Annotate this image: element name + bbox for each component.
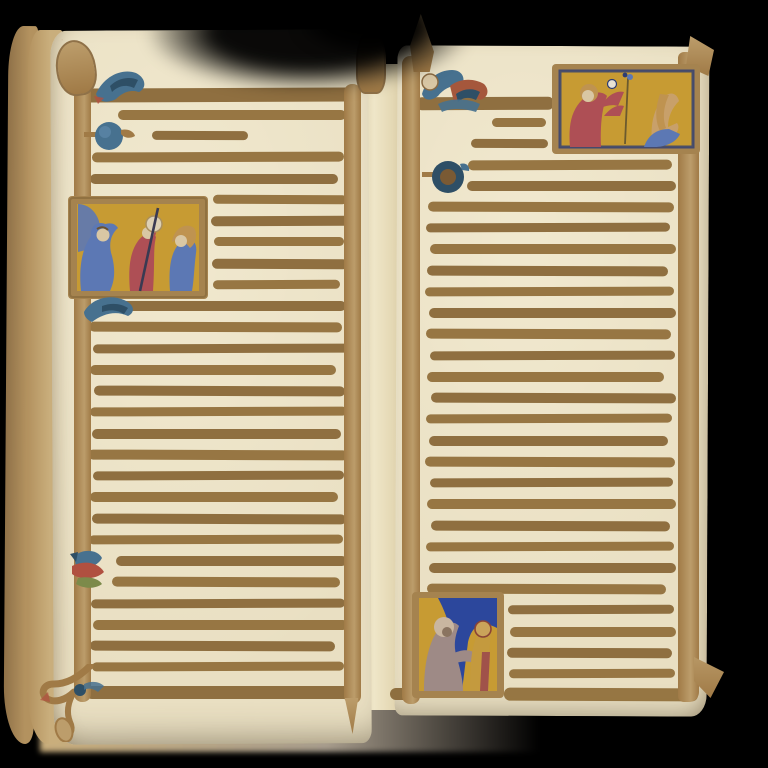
ruled-line	[492, 118, 546, 127]
left-page-left-border	[74, 70, 91, 702]
miniature-two-figures	[552, 64, 700, 154]
ruled-line	[426, 223, 670, 233]
ruled-line	[426, 542, 674, 552]
ruled-line	[467, 181, 676, 191]
red-blue-flower-ornament	[64, 546, 118, 594]
ruled-line	[429, 308, 676, 318]
ruled-line	[91, 599, 345, 609]
ruled-line	[93, 471, 344, 481]
left-page-right-border	[344, 84, 361, 704]
ruled-line	[426, 329, 671, 340]
miniature-monk-scene	[412, 592, 504, 698]
ruled-line	[426, 414, 672, 424]
ruled-line	[510, 627, 676, 637]
ruled-line	[425, 457, 675, 468]
ruled-line	[90, 641, 335, 652]
ruled-line	[504, 688, 698, 702]
ruled-line	[429, 436, 668, 446]
top-shadow-small	[300, 0, 440, 54]
ruled-line	[211, 216, 350, 226]
ruled-line	[90, 174, 338, 184]
ruled-line	[212, 259, 348, 269]
ruled-line	[509, 669, 675, 679]
ruled-line	[90, 365, 336, 375]
ruled-line	[90, 492, 338, 502]
blue-ball-bud-ornament	[84, 116, 136, 156]
ruled-line	[427, 372, 664, 382]
ruled-line	[92, 662, 344, 672]
ruled-line	[214, 237, 344, 246]
ruled-line	[429, 563, 676, 573]
ruled-line	[112, 577, 340, 588]
ruled-line	[93, 344, 349, 354]
teal-bud-ornament	[422, 154, 470, 200]
ruled-line	[88, 450, 348, 461]
ruled-line	[118, 110, 346, 120]
ruled-line	[430, 244, 676, 254]
ruled-line	[471, 139, 548, 148]
manuscript-photo	[0, 0, 768, 768]
ruled-line	[430, 478, 673, 488]
ruled-line	[89, 535, 343, 545]
blue-bird-sprig-ornament	[92, 64, 150, 108]
blue-corner-leaf-ornament	[82, 294, 138, 326]
ruled-line	[94, 386, 345, 397]
ruled-line	[92, 514, 346, 525]
ruled-line	[428, 202, 674, 213]
miniature-three-figures	[68, 196, 208, 299]
ruled-line	[431, 521, 670, 532]
ruled-line	[430, 351, 675, 361]
ruled-line	[90, 407, 347, 417]
vine-flourish-ornament	[38, 664, 128, 742]
ruled-line	[213, 195, 347, 204]
ruled-line	[92, 429, 341, 439]
ruled-line	[213, 280, 340, 289]
ruled-line	[425, 287, 674, 297]
ruled-line	[427, 499, 676, 509]
ruled-line	[427, 266, 668, 277]
ruled-line	[152, 131, 248, 140]
ruled-line	[116, 556, 347, 566]
ruled-line	[431, 393, 676, 404]
ruled-line	[468, 160, 672, 171]
ruled-line	[508, 605, 674, 615]
ruled-line	[507, 648, 672, 659]
ruled-line	[93, 620, 348, 630]
